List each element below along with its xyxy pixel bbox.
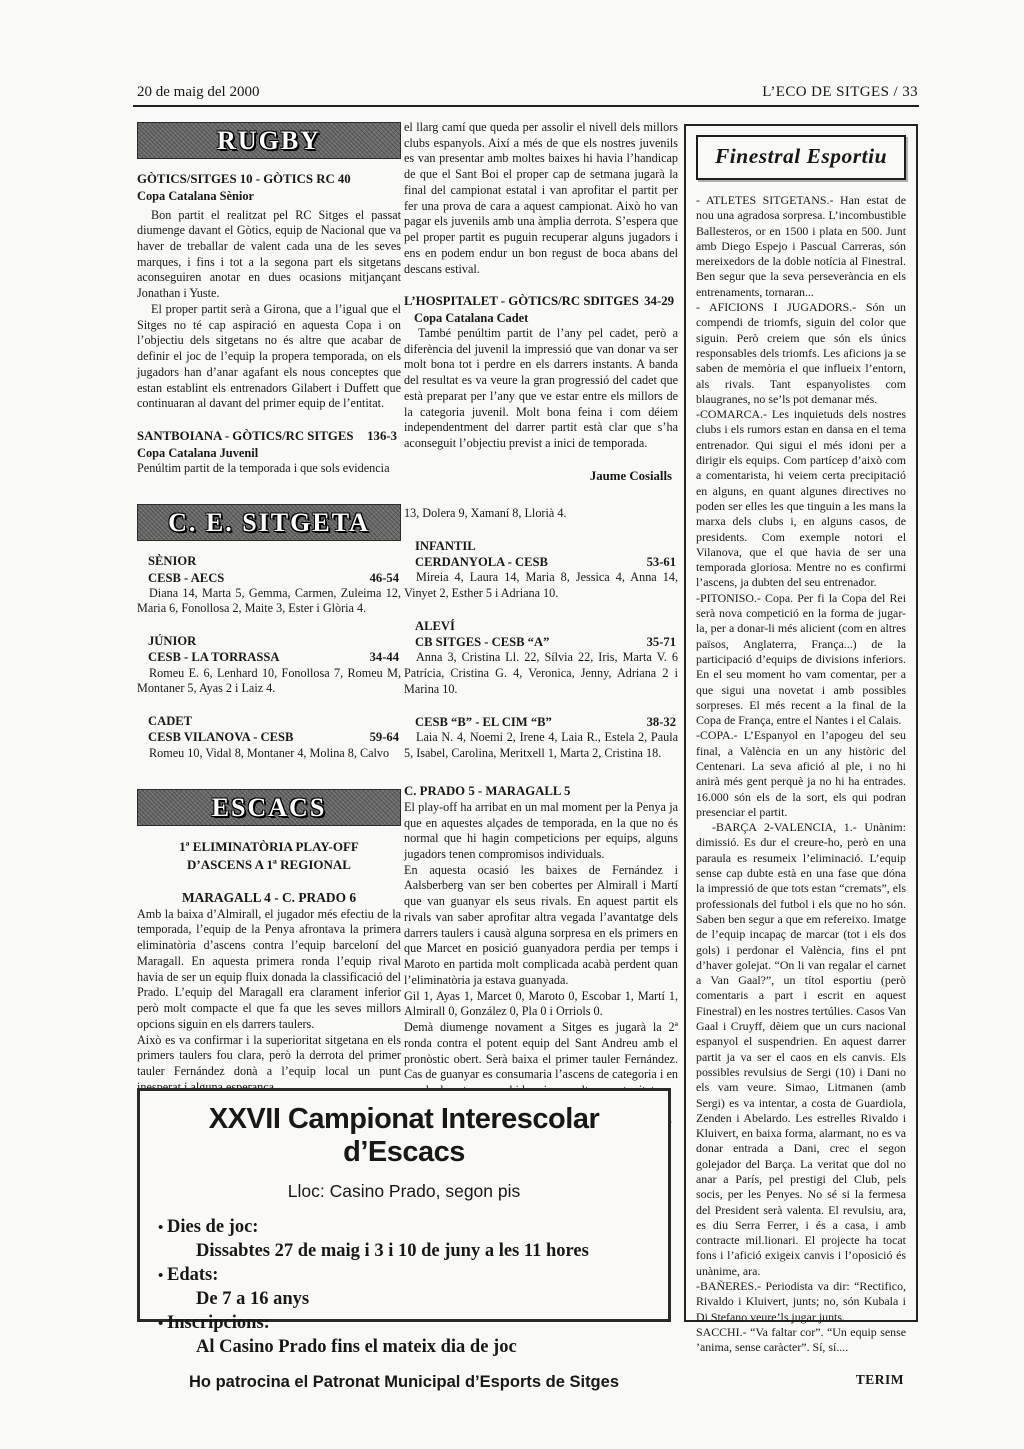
sitgeta-cadet-result: CESB VILANOVA - CESB 59-64 (137, 729, 401, 745)
masthead: L’ECO DE SITGES / 33 (762, 84, 918, 101)
sitgeta-alevi-b-teams: CESB “B” - EL CIM “B” (415, 714, 552, 730)
rugby-juvenil-continuation: el llarg camí que queda per assolir el n… (404, 120, 678, 277)
sitgeta-alevi-b-score: 38-32 (647, 714, 678, 730)
escacs-game2-paragraph-1: El play-off ha arribat en un mal moment … (404, 800, 678, 863)
escacs-section-banner: ESCACS (137, 789, 401, 826)
sitgeta-junior-teams: CESB - LA TORRASSA (148, 649, 279, 665)
escacs-game2-headline: C. PRADO 5 - MARAGALL 5 (404, 783, 678, 800)
header-rule (133, 105, 919, 107)
middle-column: el llarg camí que queda per assolir el n… (404, 120, 678, 1127)
rugby-juvenil-competition: Copa Catalana Juvenil (137, 445, 401, 461)
escacs-subtitle-line2: D’ASCENS A 1ª REGIONAL (137, 856, 401, 874)
chess-announcement-box: XXVII Campionat Interescolar d’Escacs Ll… (137, 1088, 671, 1322)
sitgeta-cadet-teams: CESB VILANOVA - CESB (148, 729, 293, 745)
announcement-list: Dies de joc: Dissabtes 27 de maig i 3 i … (158, 1215, 650, 1359)
finestral-paragraph-pitoniso: -PITONISO.- Copa. Per fi la Copa del Rei… (696, 591, 906, 729)
sitgeta-alevi-a-result: CB SITGES - CESB “A” 35-71 (404, 634, 678, 650)
finestral-title-box: Finestral Esportiu (696, 135, 906, 180)
rugby-cadet-teams: L’HOSPITALET - GÒTICS/RC SDITGES (404, 293, 639, 310)
rugby-juvenil-score: 136-3 (367, 428, 401, 445)
sitgeta-infantil-score: 53-61 (647, 554, 678, 570)
page-date: 20 de maig del 2000 (137, 84, 259, 101)
sitgeta-alevi-b-scorers: Laia N. 4, Noemi 2, Irene 4, Laia R., Es… (404, 730, 678, 761)
sitgeta-junior-category: JÚNIOR (137, 633, 401, 649)
sitgeta-senior-score: 46-54 (370, 570, 401, 586)
sitgeta-junior-score: 34-44 (370, 649, 401, 665)
finestral-paragraph-copa: -COPA.- L’Espanyol en l’apogeu del seu f… (696, 728, 906, 820)
rugby-section-banner: RUGBY (137, 122, 401, 159)
sitgeta-infantil-scorers: Mireia 4, Laura 14, Maria 8, Jessica 4, … (404, 570, 678, 601)
finestral-signature: TERIM (696, 1371, 906, 1388)
finestral-paragraph-barca: -BARÇA 2-VALENCIA, 1.- Unànim: dimissió.… (696, 820, 906, 1279)
rugby-senior-paragraph-1: Bon partit el realitzat pel RC Sitges el… (137, 208, 401, 302)
rugby-juvenil-lead: Penúltim partit de la temporada i que so… (137, 461, 401, 477)
announcement-item-detail: De 7 a 16 anys (158, 1287, 650, 1311)
sitgeta-section-banner: C. E. SITGETA (137, 504, 401, 541)
announcement-location: Lloc: Casino Prado, segon pis (158, 1181, 650, 1202)
sitgeta-senior-scorers: Diana 14, Marta 5, Gemma, Carmen, Zuleim… (137, 586, 401, 617)
announcement-item-label: Inscripcions: (158, 1311, 650, 1335)
escacs-game2-paragraph-4: Demà diumenge novament a Sitges es jugar… (404, 1020, 678, 1099)
rugby-juvenil-teams: SANTBOIANA - GÒTICS/RC SITGES (137, 428, 354, 445)
sitgeta-senior-category: SÈNIOR (137, 553, 401, 569)
finestral-paragraph-comarca: -COMARCA.- Les inquietuds dels nostres c… (696, 407, 906, 591)
rugby-senior-paragraph-2: El proper partit serà a Girona, que a l’… (137, 302, 401, 412)
escacs-game1-paragraph-2: Això es va confirmar i la superioritat s… (137, 1033, 401, 1096)
rugby-banner-label: RUGBY (217, 124, 321, 158)
finestral-column: Finestral Esportiu - ATLETES SITGETANS.-… (684, 124, 918, 1322)
announcement-item-label: Edats: (158, 1263, 650, 1287)
escacs-game1-paragraph-1: Amb la baixa d’Almirall, el jugador més … (137, 907, 401, 1033)
rugby-juvenil-result: SANTBOIANA - GÒTICS/RC SITGES 136-3 (137, 428, 401, 445)
rugby-cadet-result: L’HOSPITALET - GÒTICS/RC SDITGES 34-29 (404, 293, 678, 310)
sitgeta-cadet-category: CADET (137, 713, 401, 729)
announcement-item-label: Dies de joc: (158, 1215, 650, 1239)
sitgeta-alevi-a-teams: CB SITGES - CESB “A” (415, 634, 549, 650)
rugby-byline: Jaume Cosialls (404, 468, 678, 485)
escacs-banner-label: ESCACS (212, 791, 327, 825)
sitgeta-alevi-category: ALEVÍ (404, 618, 678, 634)
left-column: RUGBY GÒTICS/SITGES 10 - GÒTICS RC 40 Co… (137, 122, 401, 1143)
finestral-title: Finestral Esportiu (715, 144, 887, 168)
escacs-game1-headline: MARAGALL 4 - C. PRADO 6 (137, 889, 401, 906)
sitgeta-junior-result: CESB - LA TORRASSA 34-44 (137, 649, 401, 665)
rugby-cadet-score: 34-29 (644, 293, 678, 310)
announcement-item-detail: Al Casino Prado fins el mateix dia de jo… (158, 1335, 650, 1359)
sitgeta-infantil-result: CERDANYOLA - CESB 53-61 (404, 554, 678, 570)
announcement-title: XXVII Campionat Interescolar d’Escacs (158, 1103, 650, 1169)
sitgeta-alevi-a-score: 35-71 (647, 634, 678, 650)
escacs-game2-boards: Gil 1, Ayas 1, Marcet 0, Maroto 0, Escob… (404, 989, 678, 1020)
finestral-body: - ATLETES SITGETANS.- Han estat de nou u… (696, 193, 906, 1388)
sitgeta-alevi-b-result: CESB “B” - EL CIM “B” 38-32 (404, 714, 678, 730)
finestral-paragraph-atletes: - ATLETES SITGETANS.- Han estat de nou u… (696, 193, 906, 300)
sitgeta-junior-scorers: Romeu E. 6, Lenhard 10, Fonollosa 7, Rom… (137, 666, 401, 697)
sitgeta-cadet-score: 59-64 (370, 729, 401, 745)
sitgeta-senior-teams: CESB - AECS (148, 570, 224, 586)
announcement-sponsor: Ho patrocina el Patronat Municipal d’Esp… (158, 1373, 650, 1392)
rugby-senior-headline: GÒTICS/SITGES 10 - GÒTICS RC 40 (137, 171, 401, 188)
finestral-paragraph-sacchi: SACCHI.- “Va faltar cor”. “Un equip sens… (696, 1325, 906, 1356)
escacs-subtitle-line1: 1ª ELIMINATÒRIA PLAY-OFF (137, 838, 401, 856)
sitgeta-senior-result: CESB - AECS 46-54 (137, 570, 401, 586)
newspaper-page: 20 de maig del 2000 L’ECO DE SITGES / 33… (0, 0, 1024, 1449)
sitgeta-alevi-a-scorers: Anna 3, Cristina Ll. 22, Sílvia 22, Iris… (404, 650, 678, 697)
rugby-cadet-paragraph-1: També penúltim partit de l’any pel cadet… (404, 326, 678, 452)
rugby-cadet-competition: Copa Catalana Cadet (404, 310, 678, 326)
sitgeta-banner-label: C. E. SITGETA (168, 506, 370, 540)
sitgeta-infantil-category: INFANTIL (404, 538, 678, 554)
sitgeta-cadet-scorers: Romeu 10, Vidal 8, Montaner 4, Molina 8,… (137, 746, 401, 762)
sitgeta-infantil-teams: CERDANYOLA - CESB (415, 554, 548, 570)
escacs-game2-paragraph-2: En aquesta ocasió les baixes de Fernánde… (404, 863, 678, 989)
announcement-item-detail: Dissabtes 27 de maig i 3 i 10 de juny a … (158, 1239, 650, 1263)
rugby-senior-competition: Copa Catalana Sènior (137, 188, 401, 204)
finestral-paragraph-aficions: - AFICIONS I JUGADORS.- Són un compendi … (696, 300, 906, 407)
finestral-paragraph-baneres: -BAÑERES.- Periodista va dir: “Rectifico… (696, 1279, 906, 1325)
sitgeta-cadet-scorers-continuation: 13, Dolera 9, Xamaní 8, Llorià 4. (404, 506, 678, 522)
